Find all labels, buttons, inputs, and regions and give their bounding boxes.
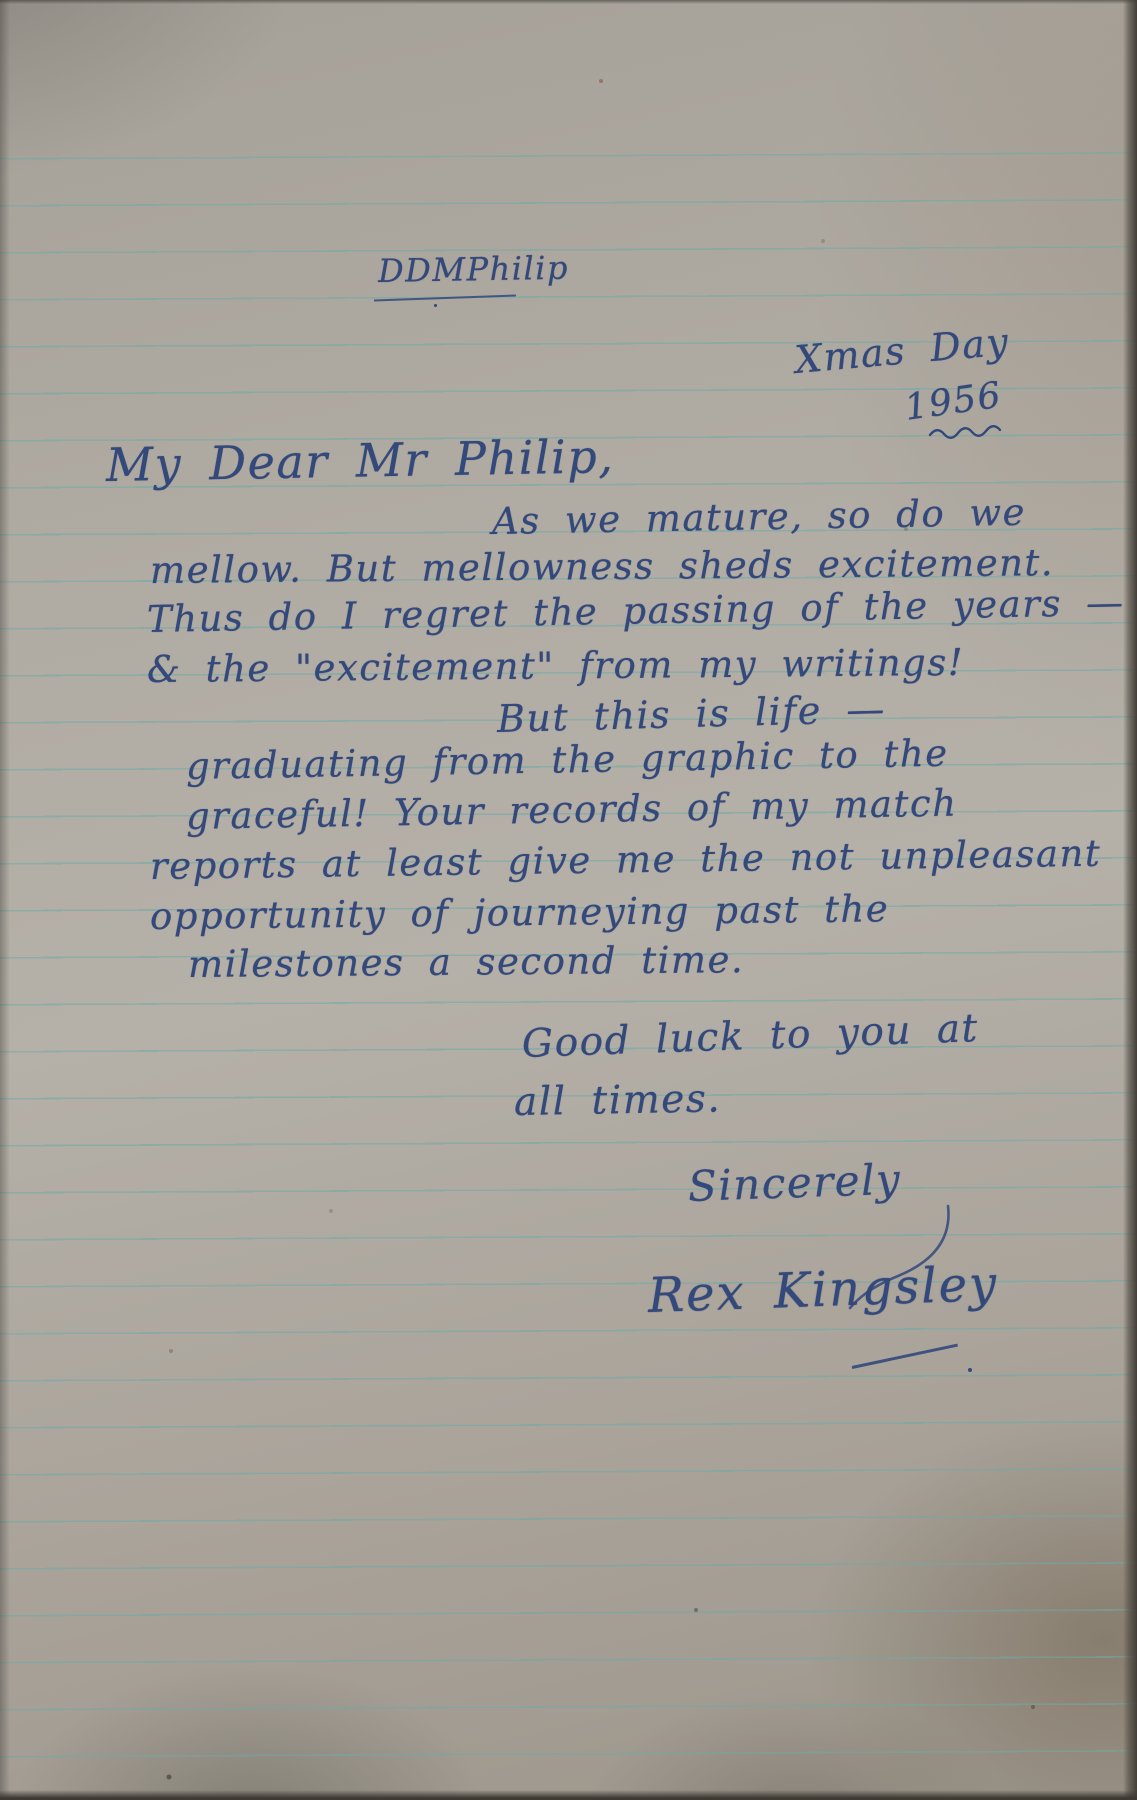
page-edge-bottom	[0, 1790, 1137, 1800]
signature-flourish-dot	[968, 1368, 972, 1372]
closing-line: all times.	[514, 1076, 722, 1125]
header-name-dot	[434, 304, 437, 307]
header-name-underline	[374, 295, 516, 302]
date-line-1: Xmas Day	[793, 319, 1011, 382]
header-name: DDMPhilip	[378, 249, 570, 290]
body-line: & the "excitement" from my writings!	[147, 641, 964, 691]
salutation: My Dear Mr Philip,	[106, 429, 615, 492]
signature-flourish	[852, 1344, 958, 1369]
page-edge-left	[0, 0, 10, 1800]
body-line: As we mature, so do we	[492, 491, 1027, 543]
letter-photo: DDMPhilip Xmas Day 1956 My Dear Mr Phili…	[0, 0, 1137, 1800]
signature: Rex Kingsley	[647, 1256, 999, 1324]
page-edge-top	[0, 0, 1137, 4]
body-line: graceful! Your records of my match	[186, 782, 958, 838]
page-edge-right	[1123, 0, 1137, 1800]
date-line-2: 1956	[902, 375, 1004, 429]
body-line: reports at least give me the not unpleas…	[150, 832, 1102, 888]
body-line: opportunity of journeying past the	[150, 887, 890, 938]
body-line: milestones a second time.	[188, 938, 745, 986]
closing-line: Good luck to you at	[521, 1006, 979, 1067]
body-line: graduating from the graphic to the	[186, 732, 949, 788]
date-squiggle-underline	[928, 424, 1006, 440]
